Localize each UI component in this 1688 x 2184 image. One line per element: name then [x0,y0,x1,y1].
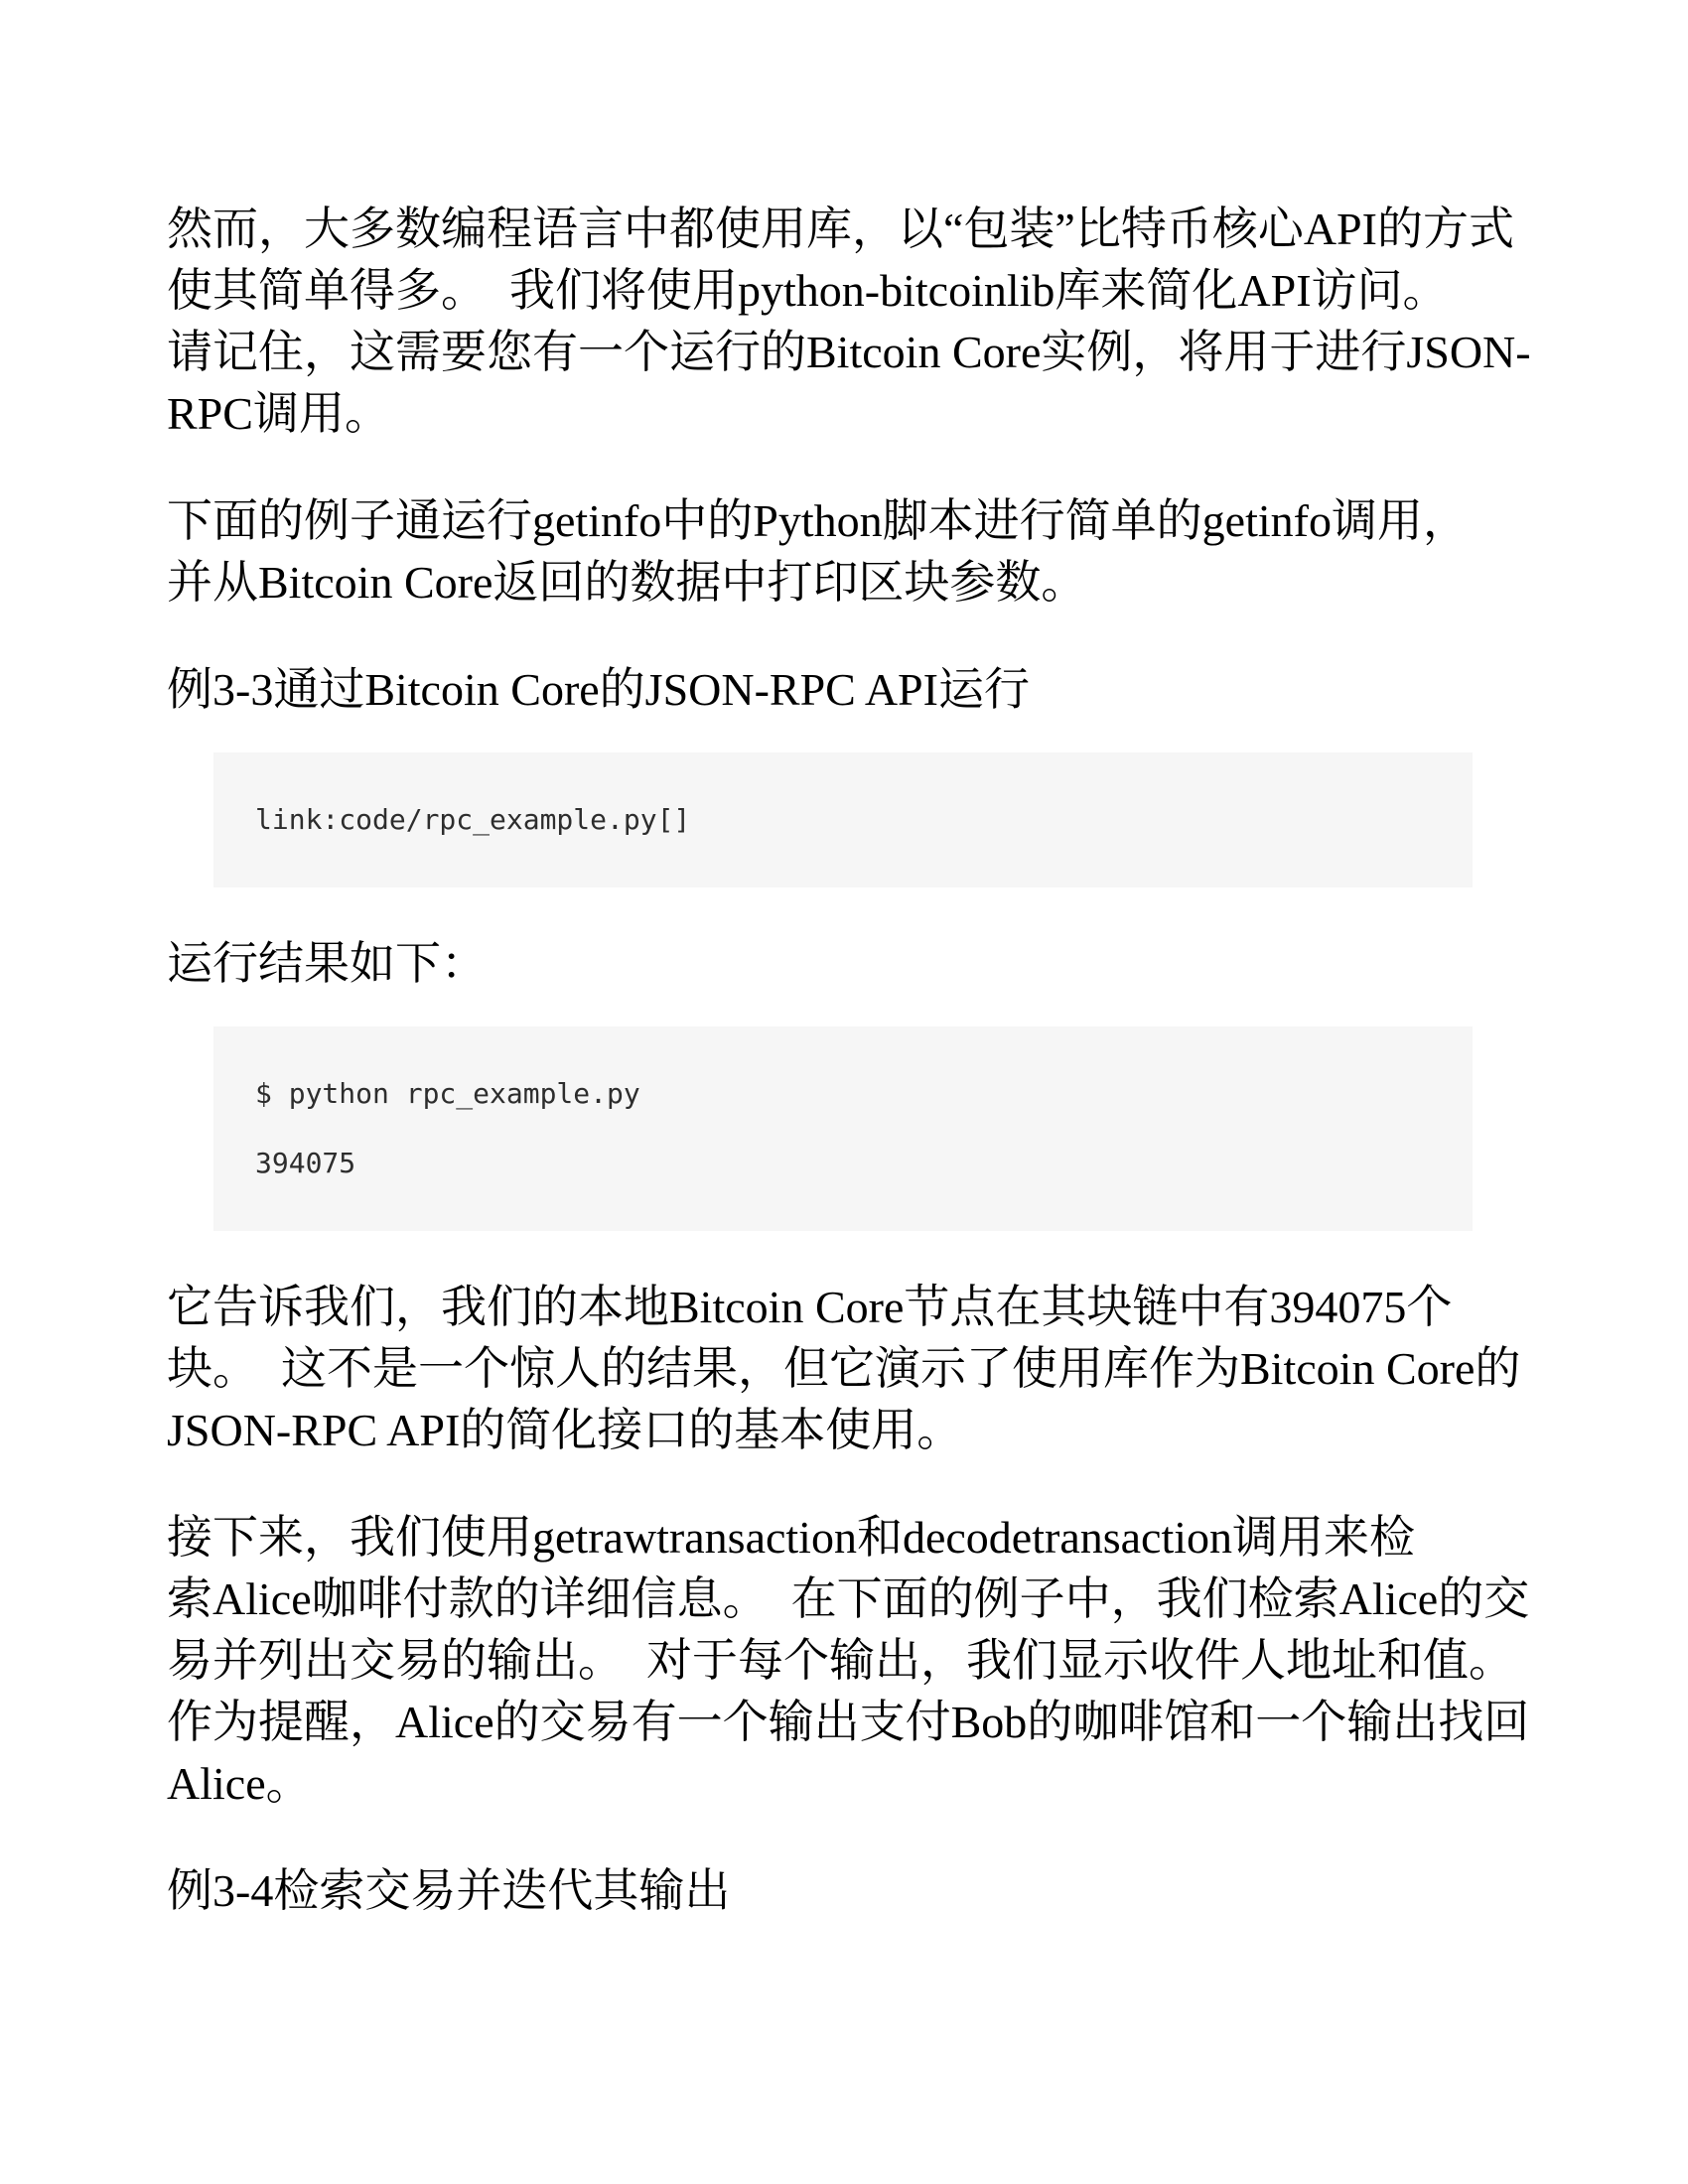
text-line: 例3-4检索交易并迭代其输出 [167,1860,1489,1922]
text-line: RPC调用。 [167,383,1489,445]
body-paragraph: 接下来，我们使用getrawtransaction和decodetransact… [167,1507,1489,1815]
text-line: 并从Bitcoin Core返回的数据中打印区块参数。 [167,552,1489,614]
code-listing: link:code/rpc_example.py[] [213,752,1473,887]
text-line: 块。 这不是一个惊人的结果，但它演示了使用库作为Bitcoin Core的 [167,1338,1489,1400]
body-paragraph: 运行结果如下： [167,933,1489,995]
text-line: 接下来，我们使用getrawtransaction和decodetransact… [167,1507,1489,1569]
text-line: 使其简单得多。 我们将使用python-bitcoinlib库来简化API访问。 [167,260,1489,322]
code-line: 394075 [255,1129,1453,1198]
example-caption: 例3-4检索交易并迭代其输出 [167,1860,1489,1922]
text-line: 例3-3通过Bitcoin Core的JSON-RPC API运行 [167,659,1489,721]
text-line: Alice。 [167,1753,1489,1815]
text-line: 运行结果如下： [167,933,1489,995]
text-line: 下面的例子通运行getinfo中的Python脚本进行简单的getinfo调用， [167,490,1489,552]
example-caption: 例3-3通过Bitcoin Core的JSON-RPC API运行 [167,659,1489,721]
code-line: $ python rpc_example.py [255,1059,1453,1129]
text-line: 它告诉我们，我们的本地Bitcoin Core节点在其块链中有394075个 [167,1277,1489,1338]
text-line: 索Alice咖啡付款的详细信息。 在下面的例子中，我们检索Alice的交 [167,1569,1489,1630]
code-line: link:code/rpc_example.py[] [255,785,1453,855]
text-line: JSON-RPC API的简化接口的基本使用。 [167,1400,1489,1461]
text-line: 请记住，这需要您有一个运行的Bitcoin Core实例，将用于进行JSON- [167,322,1489,383]
text-line: 然而，大多数编程语言中都使用库，以“包装”比特币核心API的方式 [167,199,1489,260]
text-line: 易并列出交易的输出。 对于每个输出，我们显示收件人地址和值。 [167,1630,1489,1692]
body-paragraph: 下面的例子通运行getinfo中的Python脚本进行简单的getinfo调用，… [167,490,1489,614]
body-paragraph: 然而，大多数编程语言中都使用库，以“包装”比特币核心API的方式使其简单得多。 … [167,199,1489,445]
body-paragraph: 它告诉我们，我们的本地Bitcoin Core节点在其块链中有394075个块。… [167,1277,1489,1461]
page-content: 然而，大多数编程语言中都使用库，以“包装”比特币核心API的方式使其简单得多。 … [167,199,1489,1968]
code-listing: $ python rpc_example.py394075 [213,1026,1473,1231]
text-line: 作为提醒，Alice的交易有一个输出支付Bob的咖啡馆和一个输出找回 [167,1692,1489,1753]
